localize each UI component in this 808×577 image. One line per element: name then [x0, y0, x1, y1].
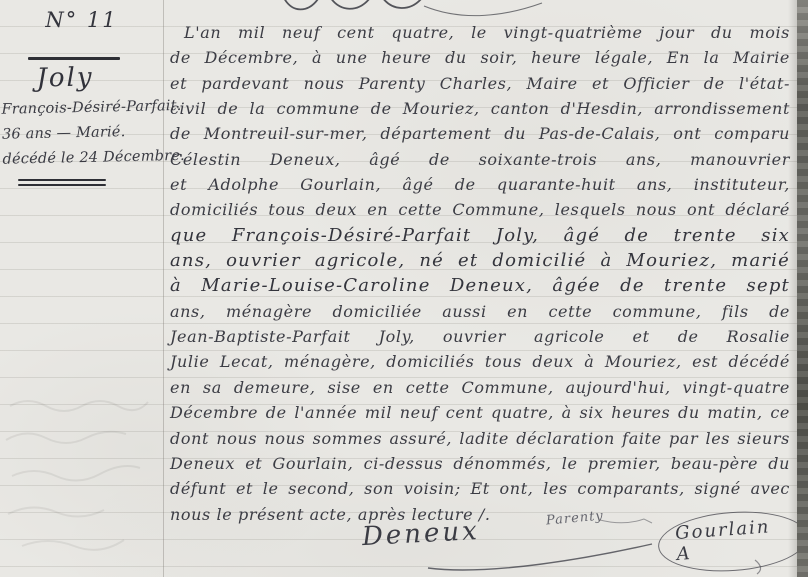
- act-line: en sa demeure, sise en cette Commune, au…: [170, 375, 790, 400]
- bleed-through-texture: [2, 388, 160, 568]
- signature-deneux: Deneux: [361, 516, 480, 552]
- act-line: et pardevant nous Parenty Charles, Maire…: [170, 71, 790, 96]
- act-body: L'an mil neuf cent quatre, le vingt-quat…: [170, 20, 790, 527]
- act-line: Décembre de l'année mil neuf cent quatre…: [170, 400, 790, 425]
- act-line: Célestin Deneux, âgé de soixante-trois a…: [170, 147, 790, 172]
- margin-separator-bottom: [18, 179, 106, 186]
- act-line: à Marie-Louise-Caroline Deneux, âgée de …: [170, 273, 790, 298]
- act-line: de Décembre, à une heure du soir, heure …: [170, 45, 790, 70]
- act-line: ans, ouvrier agricole, né et domicilié à…: [170, 248, 790, 273]
- page-edge-shadow: [788, 0, 797, 577]
- separator-rule: [28, 57, 120, 60]
- deceased-surname: Joly: [10, 62, 121, 94]
- act-line: L'an mil neuf cent quatre, le vingt-quat…: [170, 20, 790, 45]
- act-line: de Montreuil-sur-mer, département du Pas…: [170, 121, 790, 146]
- deceased-age-status: 36 ans — Marié.: [2, 119, 164, 147]
- margin-details: François-Désiré-Parfait. 36 ans — Marié.…: [1, 94, 165, 172]
- margin-separator-top: [28, 57, 120, 60]
- margin-divider-line: [163, 0, 164, 577]
- deceased-death-date: décédé le 24 Décembre.: [2, 144, 164, 172]
- act-line: défunt et le second, son voisin; Et ont,…: [170, 476, 790, 501]
- record-number: N° 11: [0, 8, 163, 32]
- binding-edge-band: [797, 0, 808, 577]
- register-page: N° 11 Joly François-Désiré-Parfait. 36 a…: [0, 0, 808, 577]
- act-line: et Adolphe Gourlain, âgé de quarante-hui…: [170, 172, 790, 197]
- act-line: civil de la commune de Mouriez, canton d…: [170, 96, 790, 121]
- signature-oval-flourish: Gourlain A: [656, 507, 808, 576]
- separator-rule: [18, 184, 106, 186]
- act-line: domiciliés tous deux en cette Commune, l…: [170, 197, 790, 222]
- signature-gourlain: Gourlain A: [656, 507, 808, 576]
- deceased-given-names: François-Désiré-Parfait.: [1, 94, 163, 122]
- act-line: ans, ménagère domiciliée aussi en cette …: [170, 299, 790, 324]
- act-line: dont nous nous sommes assuré, ladite déc…: [170, 426, 790, 451]
- act-line: Jean-Baptiste-Parfait Joly, ouvrier agri…: [170, 324, 790, 349]
- separator-rule: [18, 179, 106, 181]
- act-line: Julie Lecat, ménagère, domiciliés tous d…: [170, 349, 790, 374]
- act-line: Deneux et Gourlain, ci-dessus dénommés, …: [170, 451, 790, 476]
- act-line: que François-Désiré-Parfait Joly, âgé de…: [170, 223, 790, 248]
